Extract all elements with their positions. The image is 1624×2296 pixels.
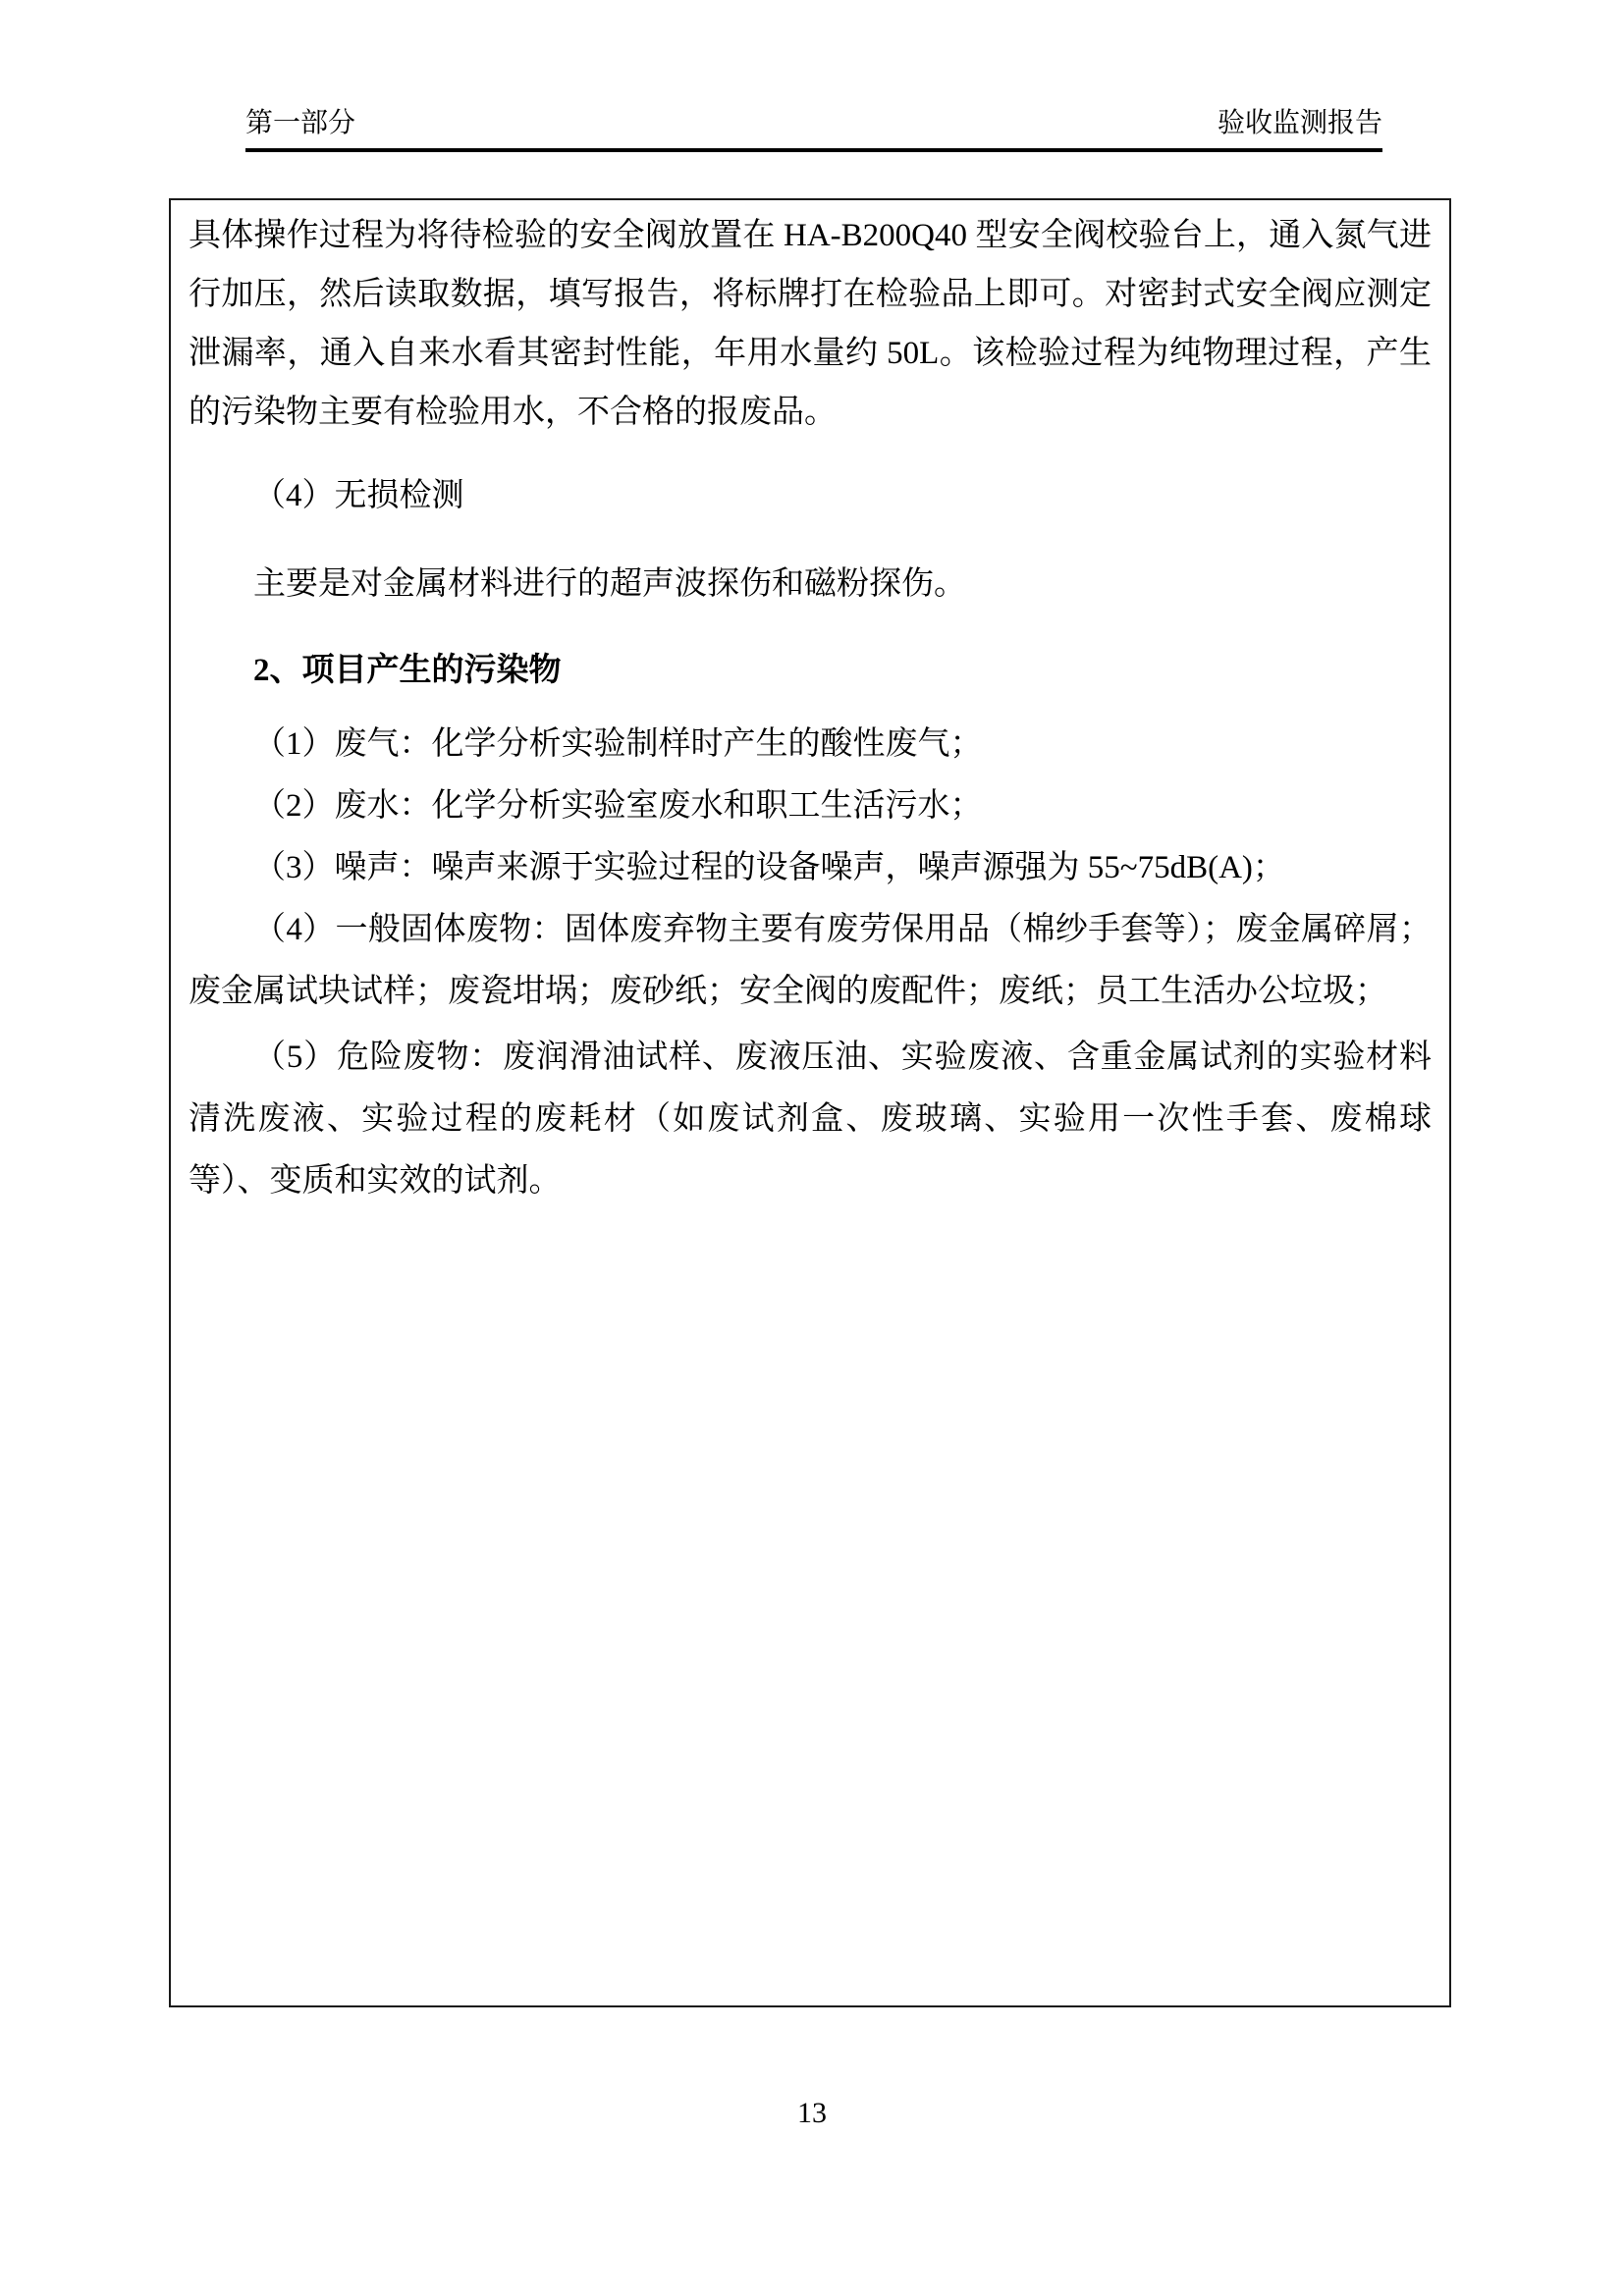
header-report-title: 验收监测报告 (1218, 104, 1382, 143)
page-footer: 13 (0, 2097, 1624, 2130)
pollutant-item-noise: （3）噪声：噪声来源于实验过程的设备噪声，噪声源强为 55~75dB(A)； (189, 837, 1432, 899)
section-heading-pollutants: 2、项目产生的污染物 (189, 641, 1432, 700)
pollutant-item-waste-gas: （1）废气：化学分析实验制样时产生的酸性废气； (189, 714, 1432, 775)
running-header: 第一部分 验收监测报告 (245, 104, 1382, 152)
paragraph-operation-process: 具体操作过程为将待检验的安全阀放置在 HA-B200Q40 型安全阀校验台上，通… (189, 206, 1432, 442)
page-number: 13 (797, 2097, 827, 2129)
header-section-label: 第一部分 (245, 104, 355, 143)
pollutant-item-waste-water: （2）废水：化学分析实验室废水和职工生活污水； (189, 775, 1432, 837)
content-box: 具体操作过程为将待检验的安全阀放置在 HA-B200Q40 型安全阀校验台上，通… (169, 198, 1451, 2007)
pollutant-item-general-solid-waste: （4）一般固体废物：固体废弃物主要有废劳保用品（棉纱手套等）；废金属碎屑；废金属… (189, 899, 1432, 1023)
paragraph-nondestructive-desc: 主要是对金属材料进行的超声波探伤和磁粉探伤。 (189, 555, 1432, 614)
pollutant-item-hazardous-waste: （5）危险废物：废润滑油试样、废液压油、实验废液、含重金属试剂的实验材料清洗废液… (189, 1027, 1432, 1212)
document-page: 第一部分 验收监测报告 具体操作过程为将待检验的安全阀放置在 HA-B200Q4… (0, 0, 1624, 2296)
paragraph-nondestructive-title: （4）无损检测 (189, 466, 1432, 525)
